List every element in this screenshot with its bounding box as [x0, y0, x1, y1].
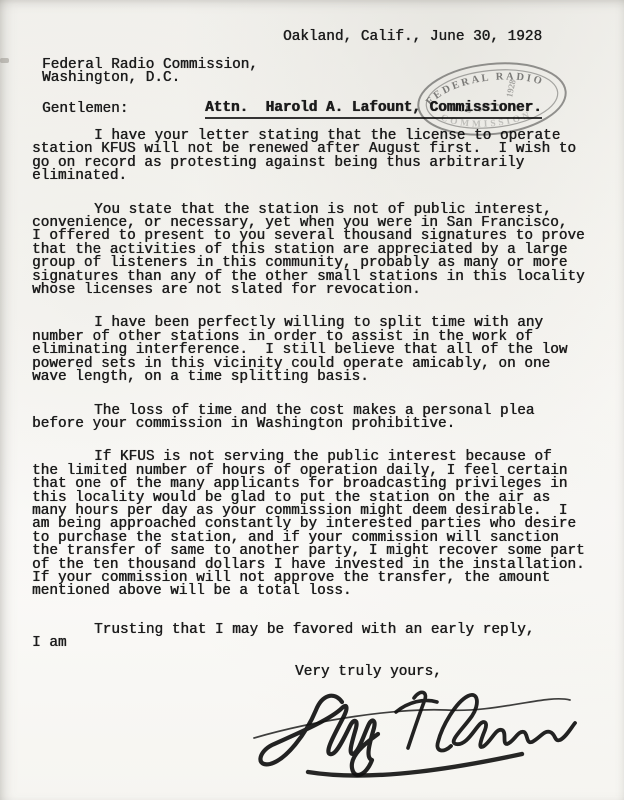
scan-edge-artifact [0, 58, 9, 63]
letter-page: Oakland, Calif., June 30, 1928 Federal R… [0, 0, 624, 800]
paragraph: You state that the station is not of pub… [32, 204, 598, 298]
dateline: Oakland, Calif., June 30, 1928 [283, 31, 542, 44]
paragraph: The loss of time and the cost makes a pe… [32, 405, 598, 432]
text-line: Washington, D.C. [42, 72, 258, 85]
salutation: Gentlemen: [42, 103, 128, 116]
text-line: eliminated. [32, 170, 598, 183]
text-line: before your commission in Washington pro… [32, 418, 598, 431]
paragraph: I have been perfectly willing to split t… [32, 317, 598, 384]
text-line: I am [32, 637, 598, 650]
signature-last-name [437, 695, 575, 751]
stamp-arc-top-text: FEDERAL RADIO [422, 67, 547, 109]
signature-underline [308, 754, 522, 776]
stamp-smudge [479, 103, 500, 111]
text-line: wave length, on a time splitting basis. [32, 371, 598, 384]
paragraph: Trusting that I may be favored with an e… [32, 624, 598, 651]
recipient-block: Federal Radio Commission,Washington, D.C… [42, 59, 258, 86]
svg-text:FEDERAL RADIO: FEDERAL RADIO [422, 67, 547, 109]
text-line: mentioned above will be a total loss. [32, 585, 598, 598]
paragraph: If KFUS is not serving the public intere… [32, 451, 598, 598]
signature-first-name [260, 696, 378, 775]
letter-body: I have your letter stating that the lice… [32, 130, 598, 651]
handwritten-signature [246, 668, 578, 782]
received-stamp: FEDERAL RADIO COMMISSION JUL 1928 [408, 52, 588, 164]
stamp-date-month: JUL [453, 103, 472, 115]
signature-middle-initial [396, 692, 437, 748]
text-line: whose licenses are not slated for revoca… [32, 284, 598, 297]
text-line: Trusting that I may be favored with an e… [32, 624, 598, 637]
